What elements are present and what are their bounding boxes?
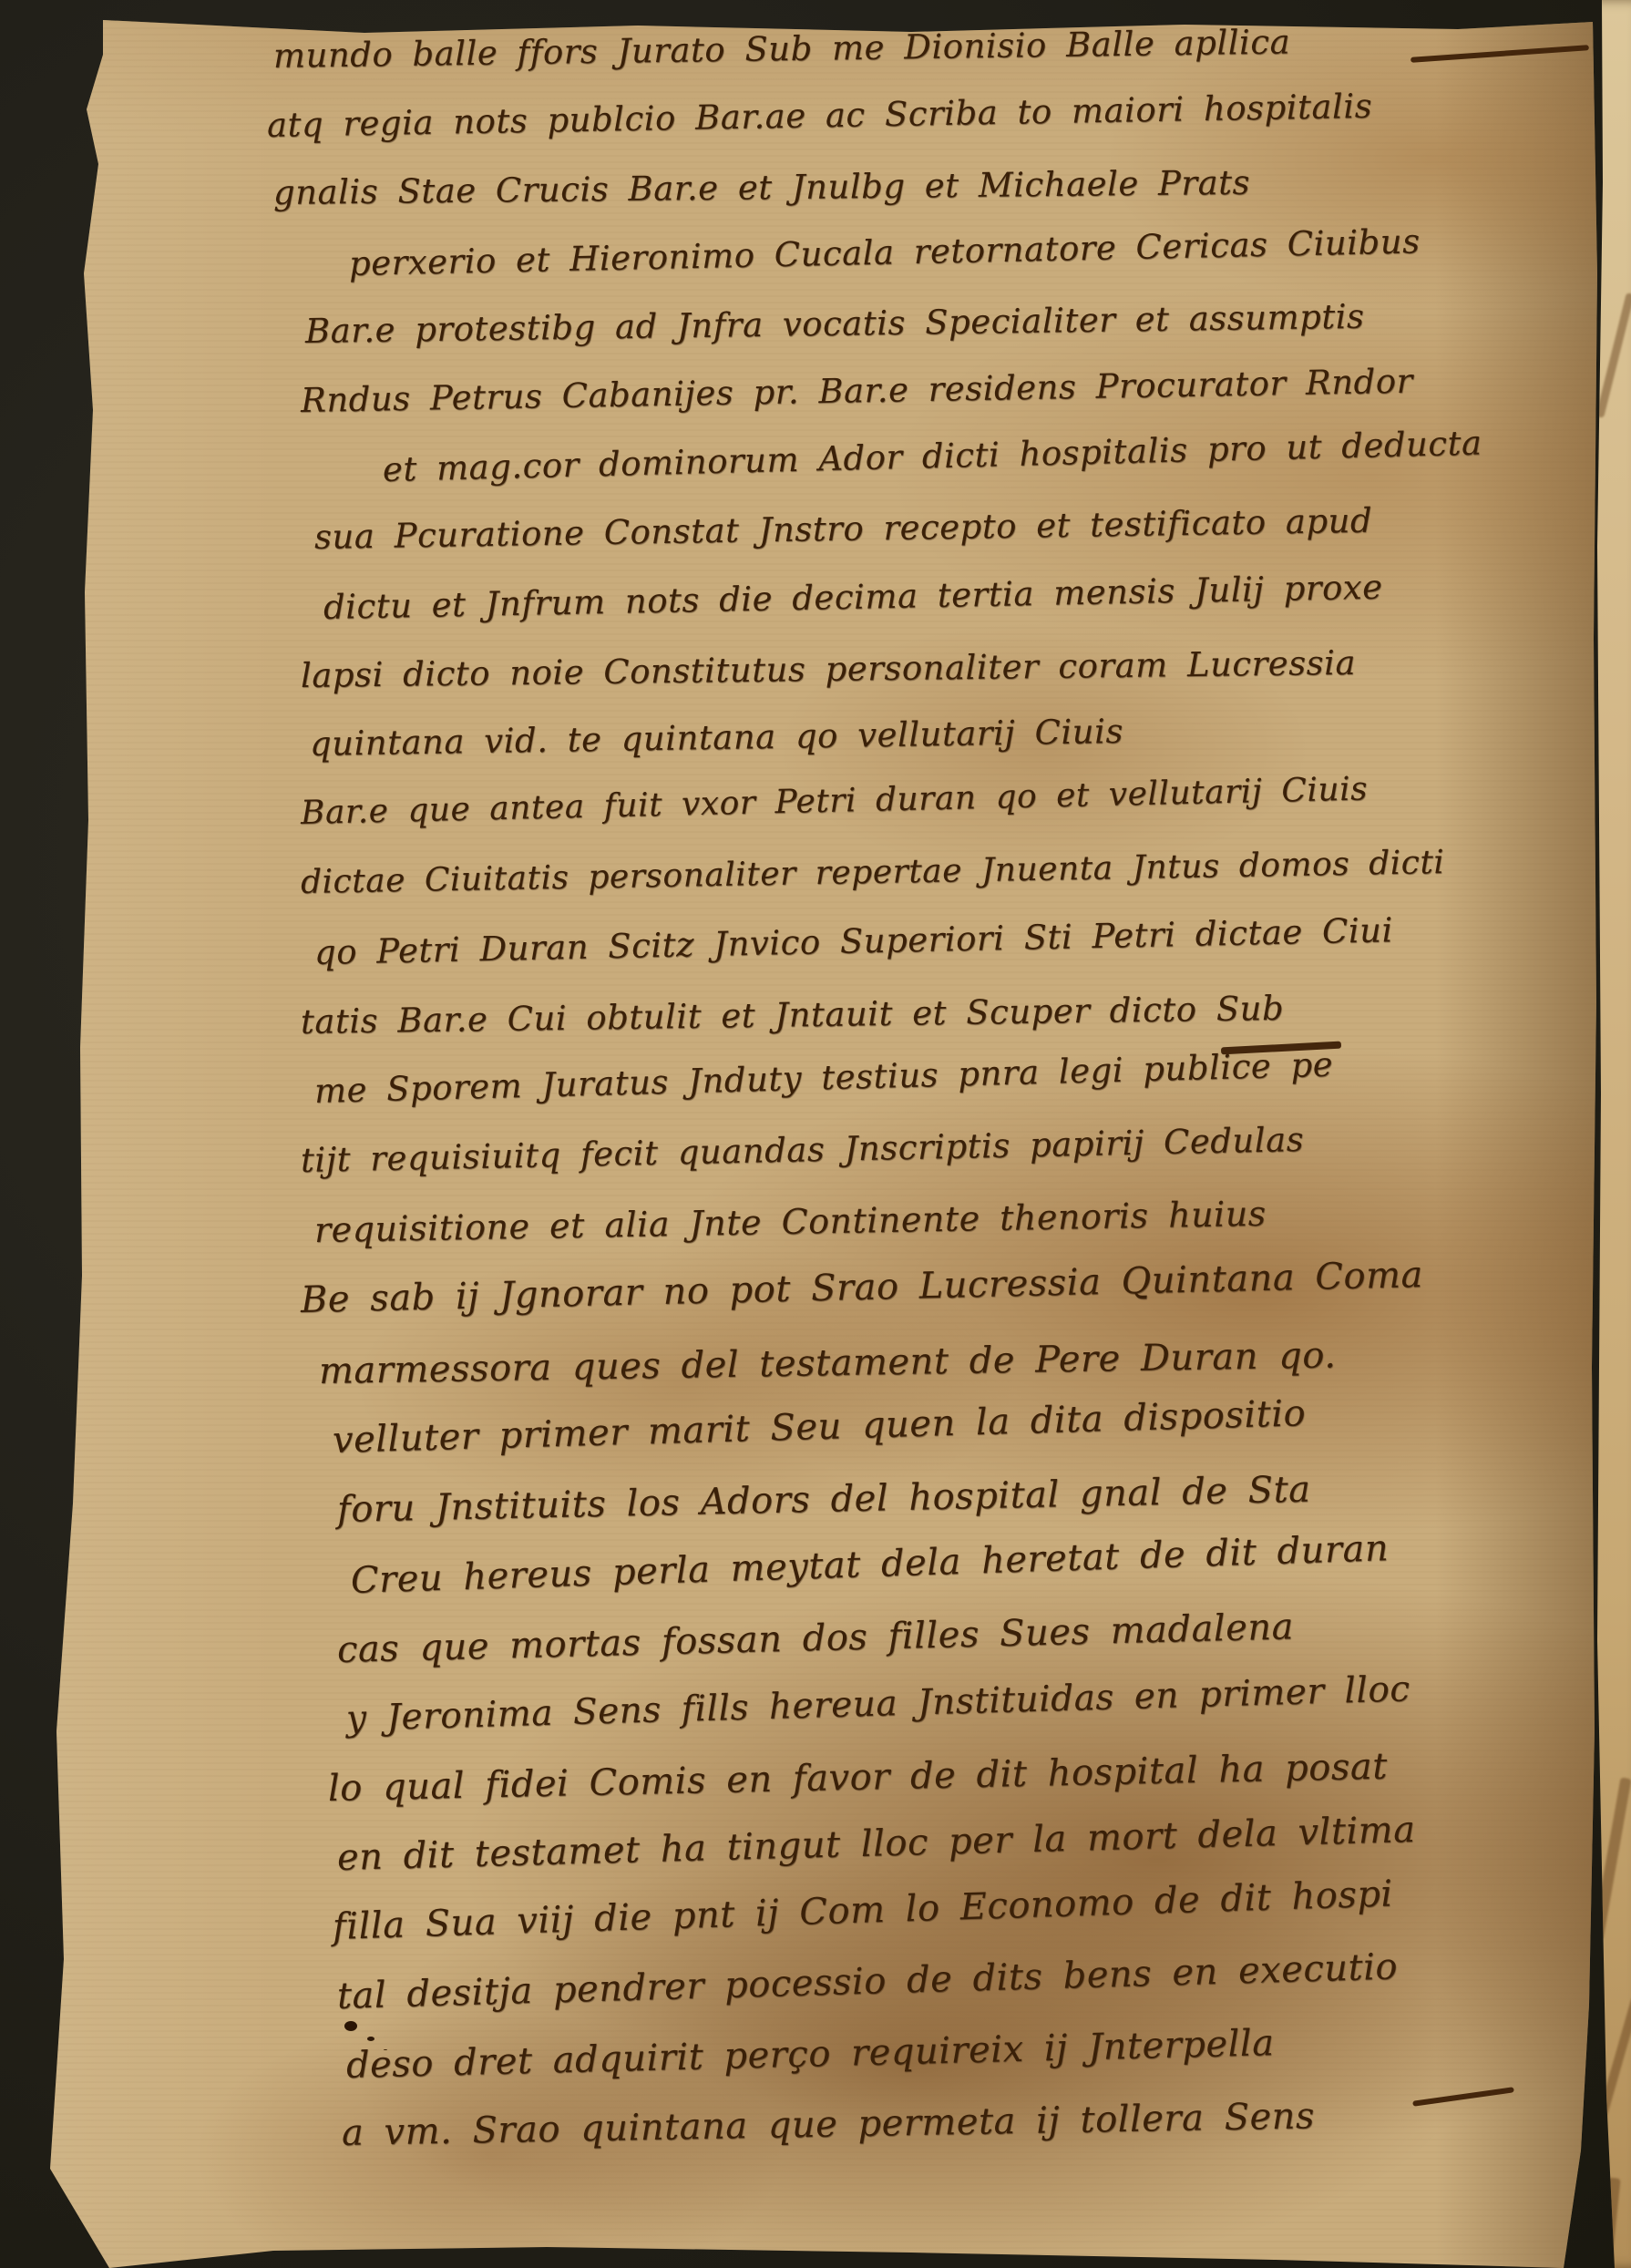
offset-ink-streak: [1595, 292, 1631, 418]
offset-ink-streak: [1592, 1777, 1631, 1940]
ink-blot: [344, 2021, 357, 2031]
photo-background: mundo balle ffors Jurato Sub me Dionisio…: [0, 0, 1631, 2268]
offset-ink-streak: [1595, 1997, 1631, 2131]
offset-ink-streak: [1599, 2178, 1620, 2261]
